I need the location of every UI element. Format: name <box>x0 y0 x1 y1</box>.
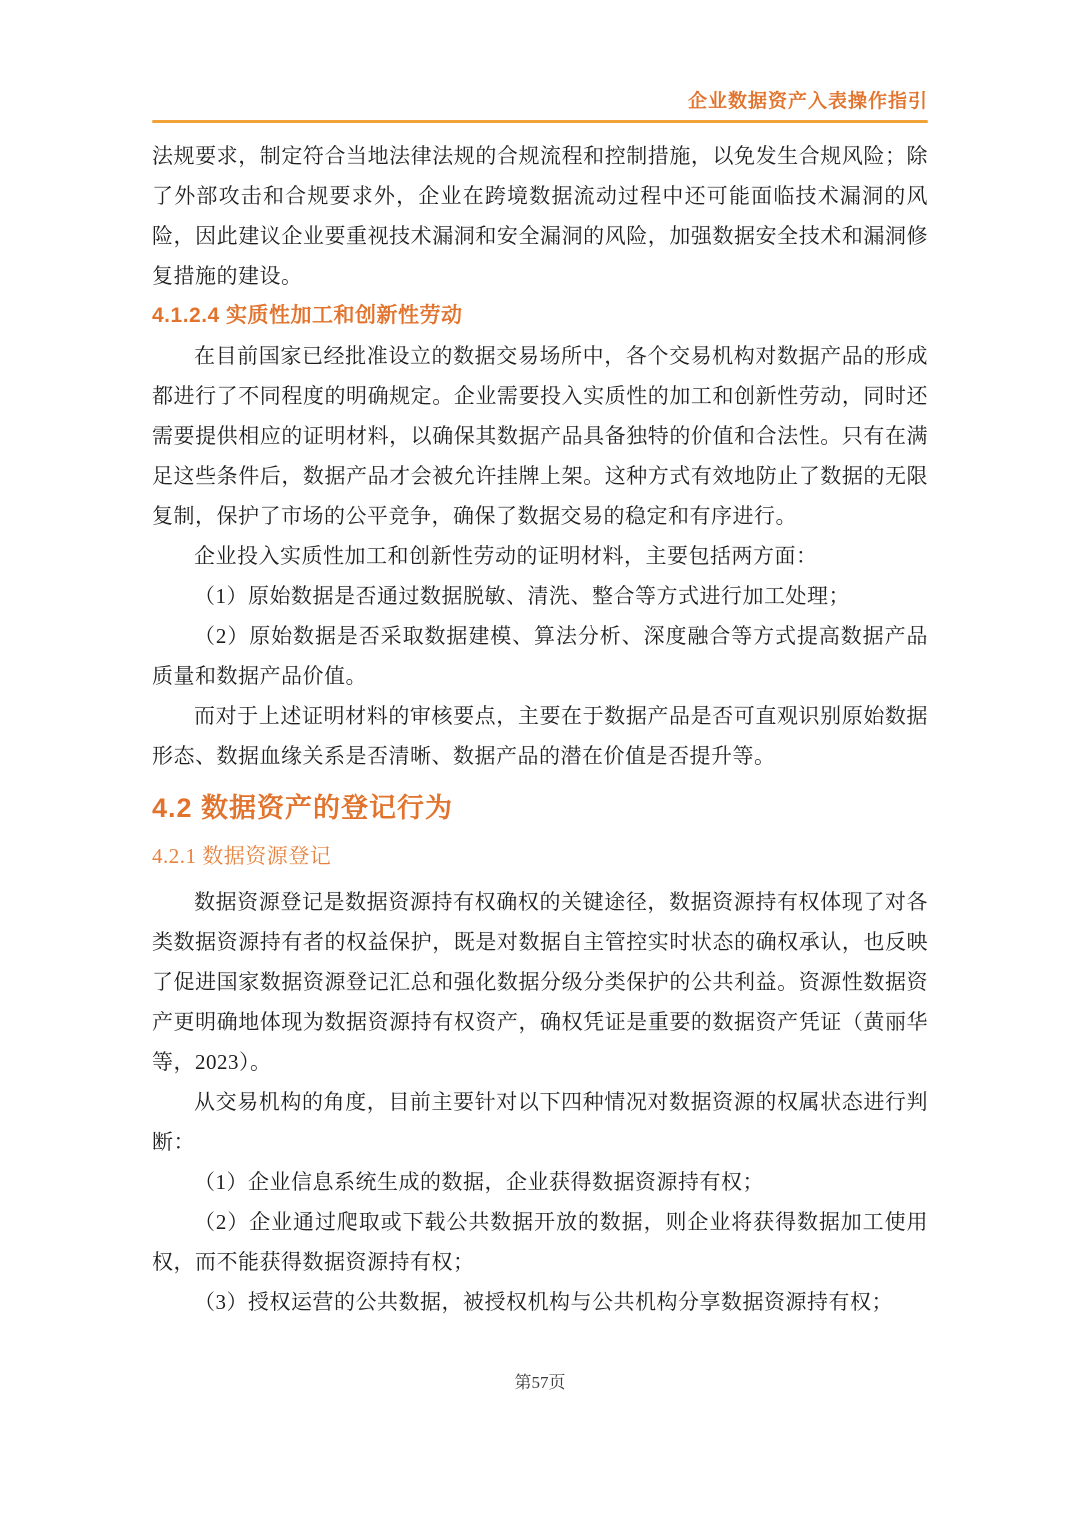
document-page: 企业数据资产入表操作指引 法规要求，制定符合当地法律法规的合规流程和控制措施，以… <box>0 0 1080 1527</box>
paragraph: 从交易机构的角度，目前主要针对以下四种情况对数据资源的权属状态进行判断： <box>152 1082 928 1162</box>
paragraph: 法规要求，制定符合当地法律法规的合规流程和控制措施，以免发生合规风险；除了外部攻… <box>152 136 928 296</box>
paragraph: 数据资源登记是数据资源持有权确权的关键途径，数据资源持有权体现了对各类数据资源持… <box>152 882 928 1082</box>
page-footer: 第57页 <box>152 1370 928 1396</box>
paragraph: （1）原始数据是否通过数据脱敏、清洗、整合等方式进行加工处理； <box>152 576 928 616</box>
paragraph: 企业投入实质性加工和创新性劳动的证明材料，主要包括两方面： <box>152 536 928 576</box>
paragraph: （2）企业通过爬取或下载公共数据开放的数据，则企业将获得数据加工使用权，而不能获… <box>152 1202 928 1282</box>
page-header-title: 企业数据资产入表操作指引 <box>152 90 928 114</box>
paragraph: 在目前国家已经批准设立的数据交易场所中，各个交易机构对数据产品的形成都进行了不同… <box>152 336 928 536</box>
paragraph: （2）原始数据是否采取数据建模、算法分析、深度融合等方式提高数据产品质量和数据产… <box>152 616 928 696</box>
section-heading: 4.1.2.4 实质性加工和创新性劳动 <box>152 296 928 336</box>
page-number: 第57页 <box>515 1373 566 1392</box>
paragraph: （3）授权运营的公共数据，被授权机构与公共机构分享数据资源持有权； <box>152 1282 928 1322</box>
section-heading: 4.2 数据资产的登记行为 <box>152 786 928 830</box>
section-heading: 4.2.1 数据资源登记 <box>152 836 928 876</box>
paragraph: （1）企业信息系统生成的数据，企业获得数据资源持有权； <box>152 1162 928 1202</box>
content: 法规要求，制定符合当地法律法规的合规流程和控制措施，以免发生合规风险；除了外部攻… <box>152 136 928 1322</box>
paragraph: 而对于上述证明材料的审核要点，主要在于数据产品是否可直观识别原始数据形态、数据血… <box>152 696 928 776</box>
header-rule <box>152 120 928 123</box>
